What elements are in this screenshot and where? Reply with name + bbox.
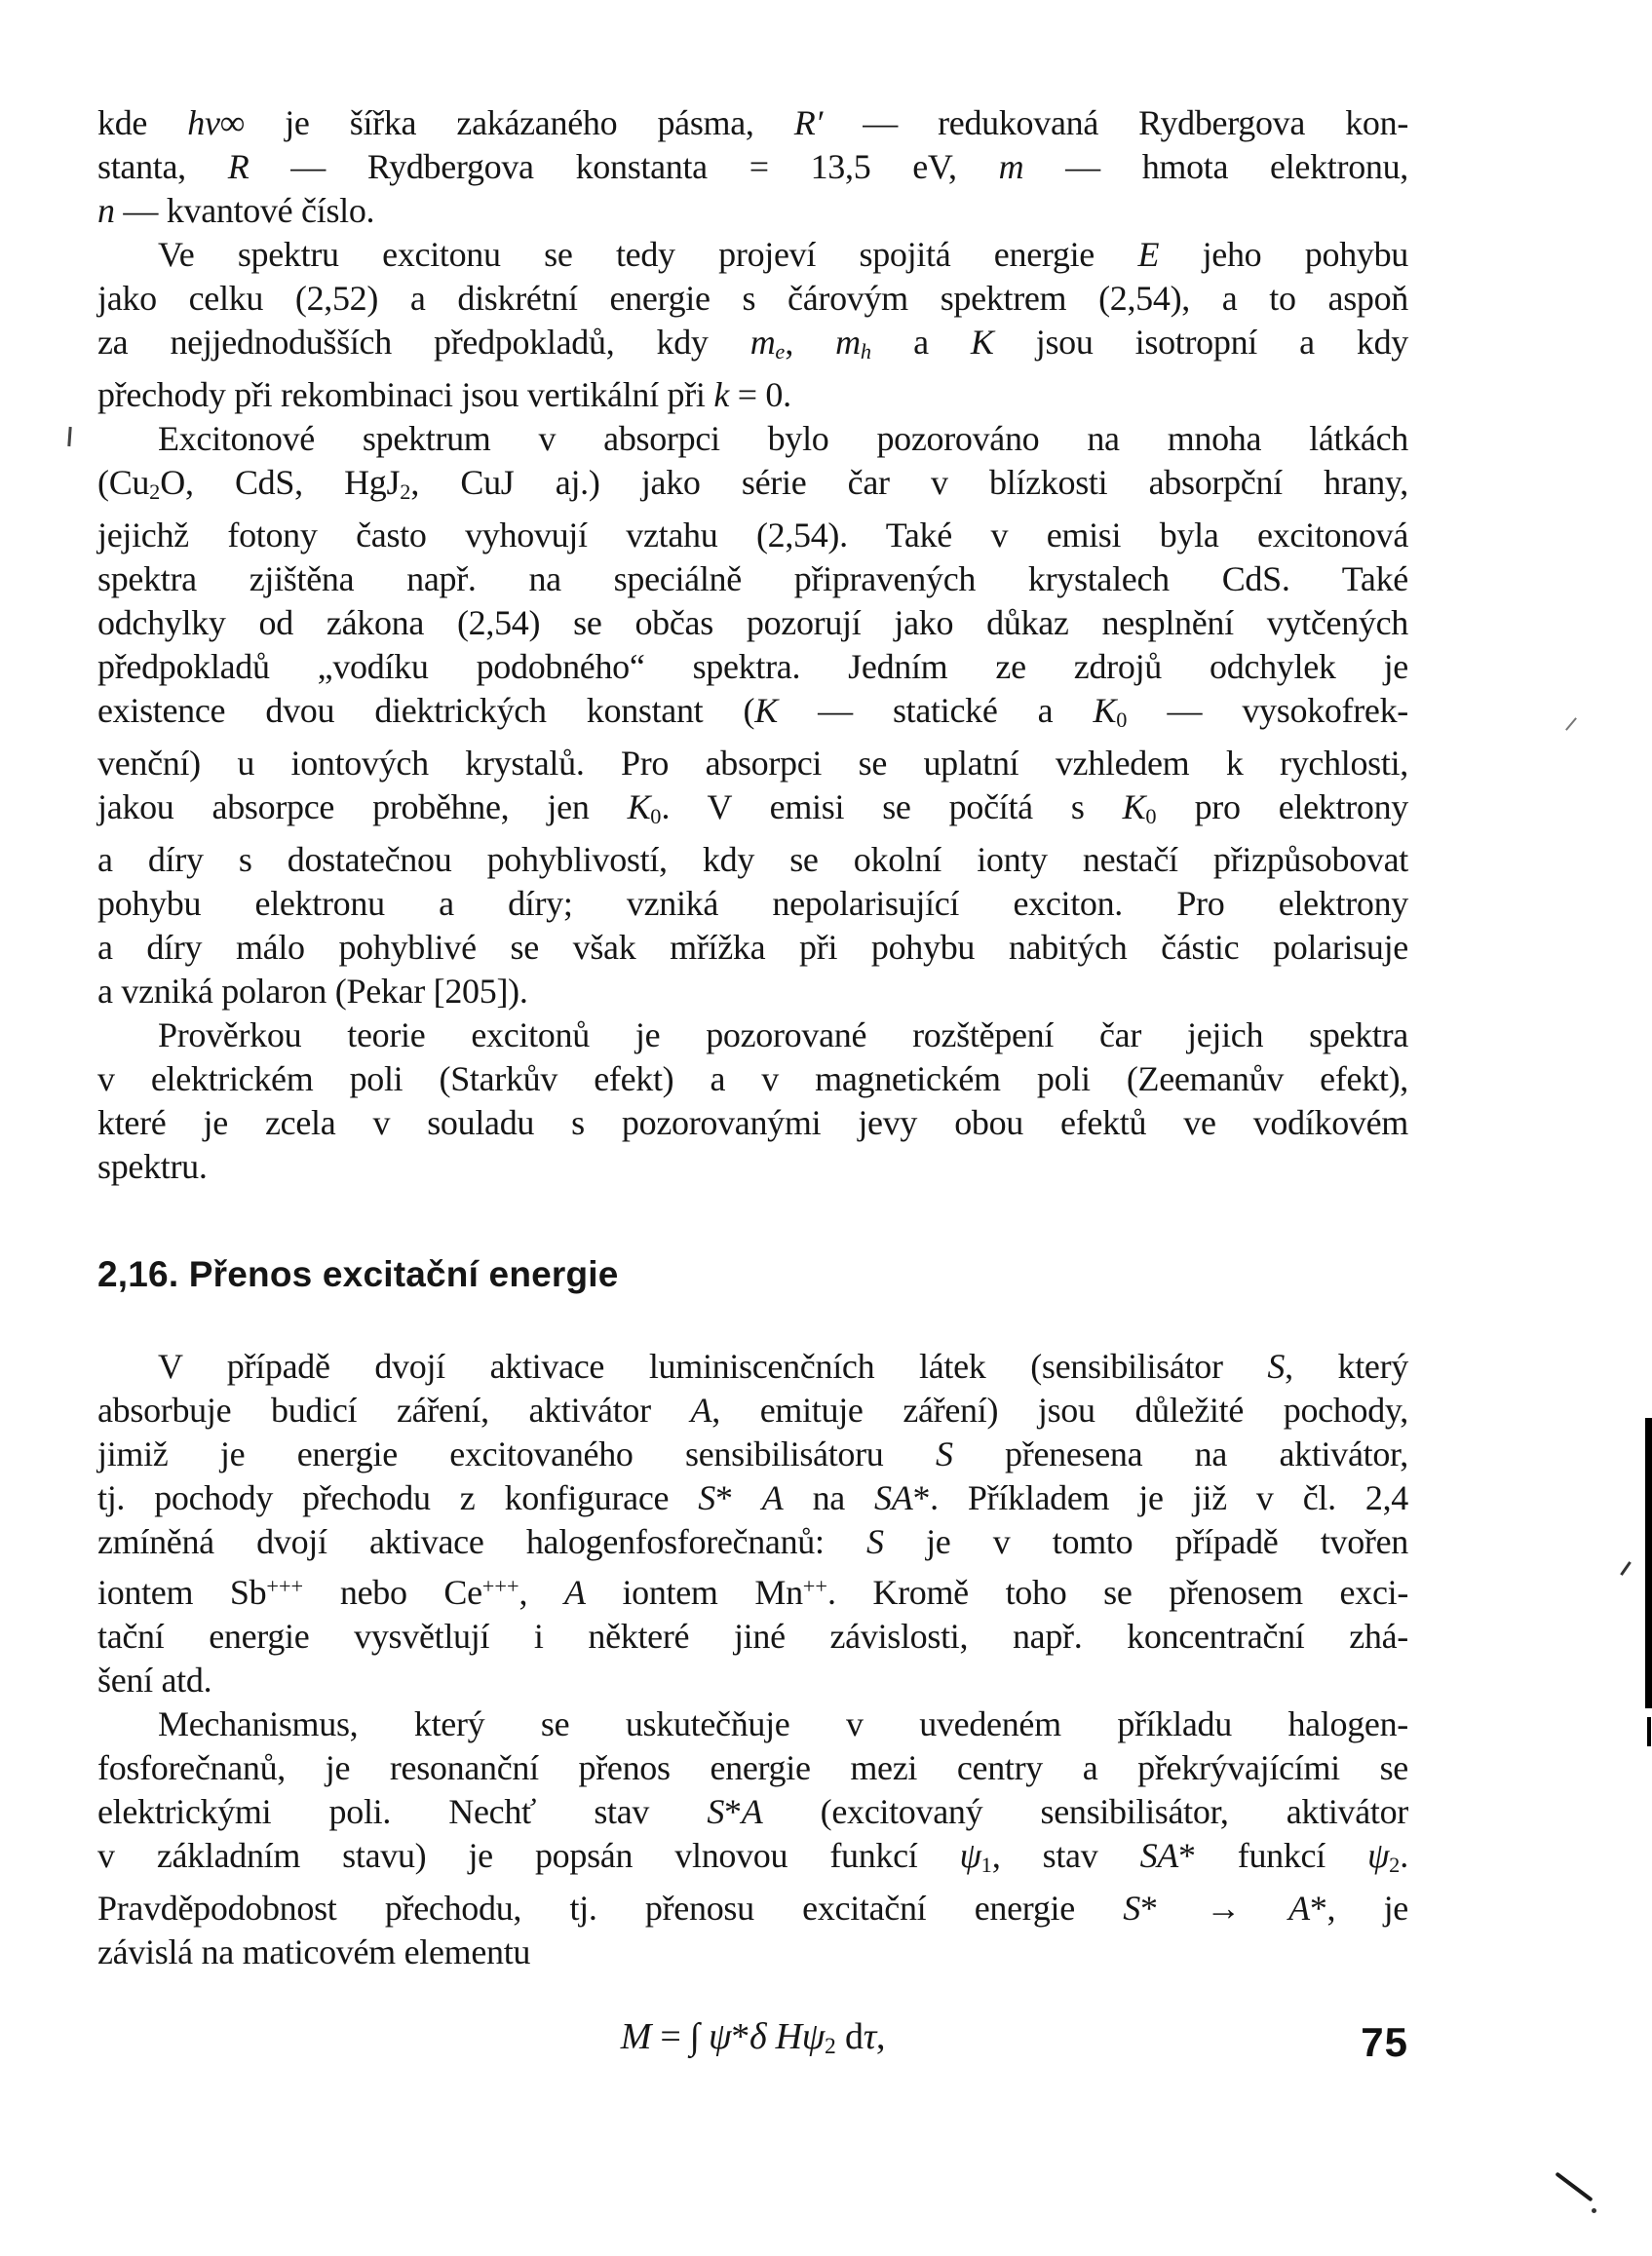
text-line: stanta, R — Rydbergova konstanta = 13,5 … bbox=[97, 145, 1408, 189]
text-line: předpokladů „vodíku podobného“ spektra. … bbox=[97, 645, 1408, 689]
text-line: a díry s dostatečnou pohyblivostí, kdy s… bbox=[97, 838, 1408, 882]
text-line: odchylky od zákona (2,54) se občas pozor… bbox=[97, 601, 1408, 645]
text-line: v základním stavu) je popsán vlnovou fun… bbox=[97, 1834, 1408, 1887]
text-line: Pravděpodobnost přechodu, tj. přenosu ex… bbox=[97, 1887, 1408, 1931]
text-line: jimiž je energie excitovaného sensibilis… bbox=[97, 1433, 1408, 1476]
scan-artifact-tick-faint bbox=[1565, 717, 1577, 731]
scan-artifact-speck bbox=[67, 427, 71, 446]
scan-artifact-edge-bar bbox=[1645, 1418, 1652, 1708]
scan-artifact-edge-bar-small bbox=[1647, 1717, 1651, 1746]
text-line: které je zcela v souladu s pozorovanými … bbox=[97, 1101, 1408, 1145]
section-heading: 2,16. Přenos excitační energie bbox=[97, 1251, 1408, 1298]
text-line: spektru. bbox=[97, 1145, 1408, 1189]
scanned-book-page: kde hν∞ je šířka zakázaného pásma, R′ — … bbox=[0, 0, 1652, 2256]
paragraph: Mechanismus, který se uskutečňuje v uved… bbox=[97, 1702, 1408, 1974]
text-line: venční) u iontových krystalů. Pro absorp… bbox=[97, 742, 1408, 785]
text-line: Excitonové spektrum v absorpci bylo pozo… bbox=[97, 417, 1408, 461]
text-line: Ve spektru excitonu se tedy projeví spoj… bbox=[97, 233, 1408, 277]
paragraph: V případě dvojí aktivace luminiscenčních… bbox=[97, 1345, 1408, 1702]
text-line: tj. pochody přechodu z konfigurace S* A … bbox=[97, 1476, 1408, 1520]
text-line: tační energie vysvětlují i některé jiné … bbox=[97, 1615, 1408, 1659]
page-number: 75 bbox=[97, 2019, 1408, 2066]
text-line: Prověrkou teorie excitonů je pozorované … bbox=[97, 1013, 1408, 1057]
scan-artifact-slash bbox=[1555, 2172, 1593, 2202]
text-line: spektra zjištěna např. na speciálně přip… bbox=[97, 557, 1408, 601]
text-line: (Cu2O, CdS, HgJ2, CuJ aj.) jako série ča… bbox=[97, 461, 1408, 514]
text-line: V případě dvojí aktivace luminiscenčních… bbox=[97, 1345, 1408, 1389]
text-line: absorbuje budicí záření, aktivátor A, em… bbox=[97, 1389, 1408, 1433]
text-line: Mechanismus, který se uskutečňuje v uved… bbox=[97, 1702, 1408, 1746]
text-line: jejichž fotony často vyhovují vztahu (2,… bbox=[97, 514, 1408, 557]
text-line: a díry málo pohyblivé se však mřížka při… bbox=[97, 926, 1408, 970]
text-line: elektrickými poli. Nechť stav S*A (excit… bbox=[97, 1790, 1408, 1834]
text-line: zmíněná dvojí aktivace halogenfosforečna… bbox=[97, 1520, 1408, 1564]
text-line: jakou absorpce proběhne, jen K0. V emisi… bbox=[97, 785, 1408, 838]
text-line: fosforečnanů, je resonanční přenos energ… bbox=[97, 1746, 1408, 1790]
text-line: iontem Sb+++ nebo Ce+++, A iontem Mn++. … bbox=[97, 1564, 1408, 1615]
text-line: existence dvou diektrických konstant (K … bbox=[97, 689, 1408, 742]
paragraph: Excitonové spektrum v absorpci bylo pozo… bbox=[97, 417, 1408, 1013]
text-line: v elektrickém poli (Starkův efekt) a v m… bbox=[97, 1057, 1408, 1101]
scan-artifact-tick bbox=[1620, 1561, 1632, 1576]
text-line: kde hν∞ je šířka zakázaného pásma, R′ — … bbox=[97, 101, 1408, 145]
scan-artifact-dot bbox=[1592, 2208, 1596, 2213]
text-line: závislá na maticovém elementu bbox=[97, 1931, 1408, 1974]
text-block: kde hν∞ je šířka zakázaného pásma, R′ — … bbox=[97, 101, 1408, 2069]
text-line: šení atd. bbox=[97, 1659, 1408, 1702]
paragraph: kde hν∞ je šířka zakázaného pásma, R′ — … bbox=[97, 101, 1408, 233]
text-line: pohybu elektronu a díry; vzniká nepolari… bbox=[97, 882, 1408, 926]
text-line: za nejjednodušších předpokladů, kdy me, … bbox=[97, 321, 1408, 373]
text-line: a vzniká polaron (Pekar [205]). bbox=[97, 970, 1408, 1013]
text-line: přechody při rekombinaci jsou vertikální… bbox=[97, 373, 1408, 417]
text-line: n — kvantové číslo. bbox=[97, 189, 1408, 233]
paragraph: Prověrkou teorie excitonů je pozorované … bbox=[97, 1013, 1408, 1189]
text-line: jako celku (2,52) a diskrétní energie s … bbox=[97, 277, 1408, 321]
paragraph: Ve spektru excitonu se tedy projeví spoj… bbox=[97, 233, 1408, 417]
